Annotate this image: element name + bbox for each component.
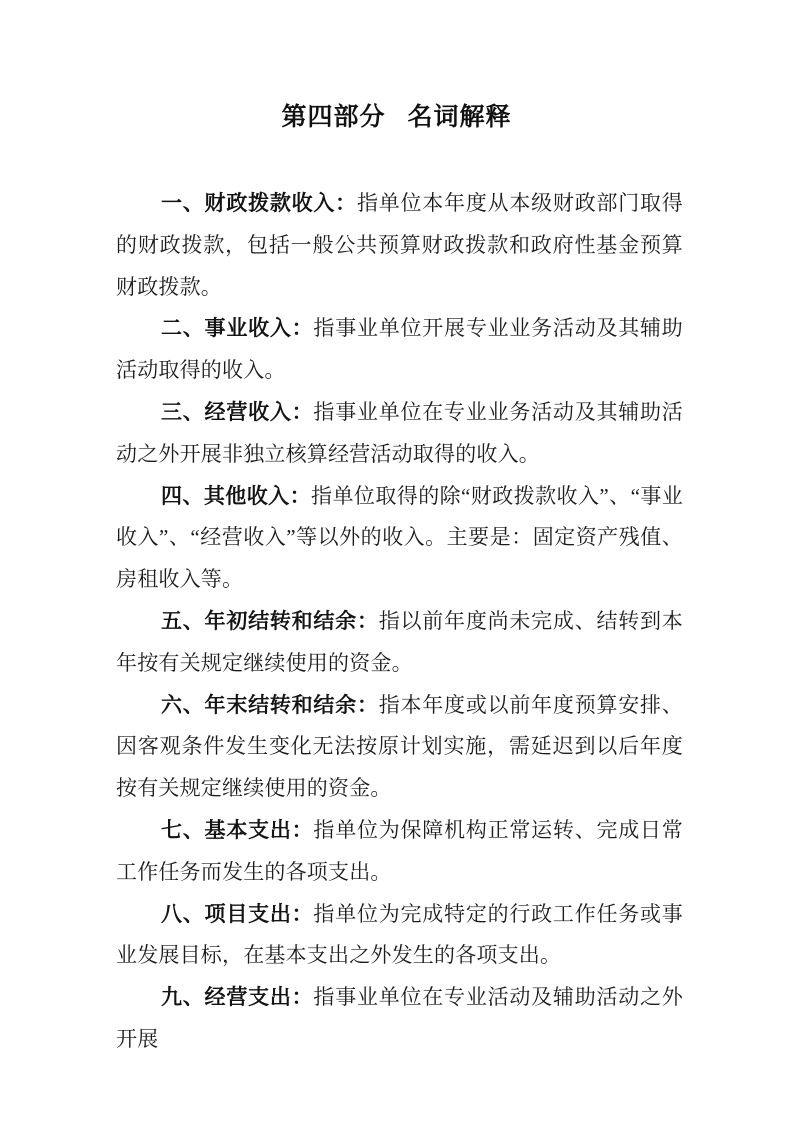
glossary-paragraph: 六、年末结转和结余：指本年度或以前年度预算安排、因客观条件发生变化无法按原计划实…	[116, 685, 683, 810]
term-label: 八、项目支出：	[161, 902, 313, 926]
term-label: 三、经营收入：	[161, 400, 313, 424]
glossary-paragraph: 一、财政拨款收入：指单位本年度从本级财政部门取得的财政拨款，包括一般公共预算财政…	[116, 183, 683, 308]
document-body: 一、财政拨款收入：指单位本年度从本级财政部门取得的财政拨款，包括一般公共预算财政…	[116, 183, 683, 1061]
term-label: 七、基本支出：	[161, 818, 313, 842]
glossary-paragraph: 五、年初结转和结余：指以前年度尚未完成、结转到本年按有关规定继续使用的资金。	[116, 601, 683, 685]
term-label: 九、经营支出：	[161, 985, 313, 1009]
glossary-paragraph: 九、经营支出：指事业单位在专业活动及辅助活动之外开展	[116, 977, 683, 1061]
glossary-paragraph: 三、经营收入：指事业单位在专业业务活动及其辅助活动之外开展非独立核算经营活动取得…	[116, 392, 683, 476]
section-title-name: 名词解释	[408, 103, 512, 131]
section-title: 第四部分名词解释	[0, 101, 793, 133]
section-title-part: 第四部分	[281, 103, 385, 131]
term-label: 六、年末结转和结余：	[161, 693, 379, 717]
glossary-paragraph: 七、基本支出：指单位为保障机构正常运转、完成日常工作任务而发生的各项支出。	[116, 810, 683, 894]
term-label: 一、财政拨款收入：	[161, 191, 357, 215]
glossary-paragraph: 二、事业收入：指事业单位开展专业业务活动及其辅助活动取得的收入。	[116, 308, 683, 392]
glossary-paragraph: 四、其他收入：指单位取得的除“财政拨款收入”、“事业收入”、“经营收入”等以外的…	[116, 476, 683, 601]
term-label: 四、其他收入：	[161, 484, 311, 508]
document-page: 第四部分名词解释 一、财政拨款收入：指单位本年度从本级财政部门取得的财政拨款，包…	[0, 0, 793, 1122]
glossary-paragraph: 八、项目支出：指单位为完成特定的行政工作任务或事业发展目标，在基本支出之外发生的…	[116, 894, 683, 978]
term-label: 二、事业收入：	[161, 316, 313, 340]
term-label: 五、年初结转和结余：	[161, 609, 379, 633]
